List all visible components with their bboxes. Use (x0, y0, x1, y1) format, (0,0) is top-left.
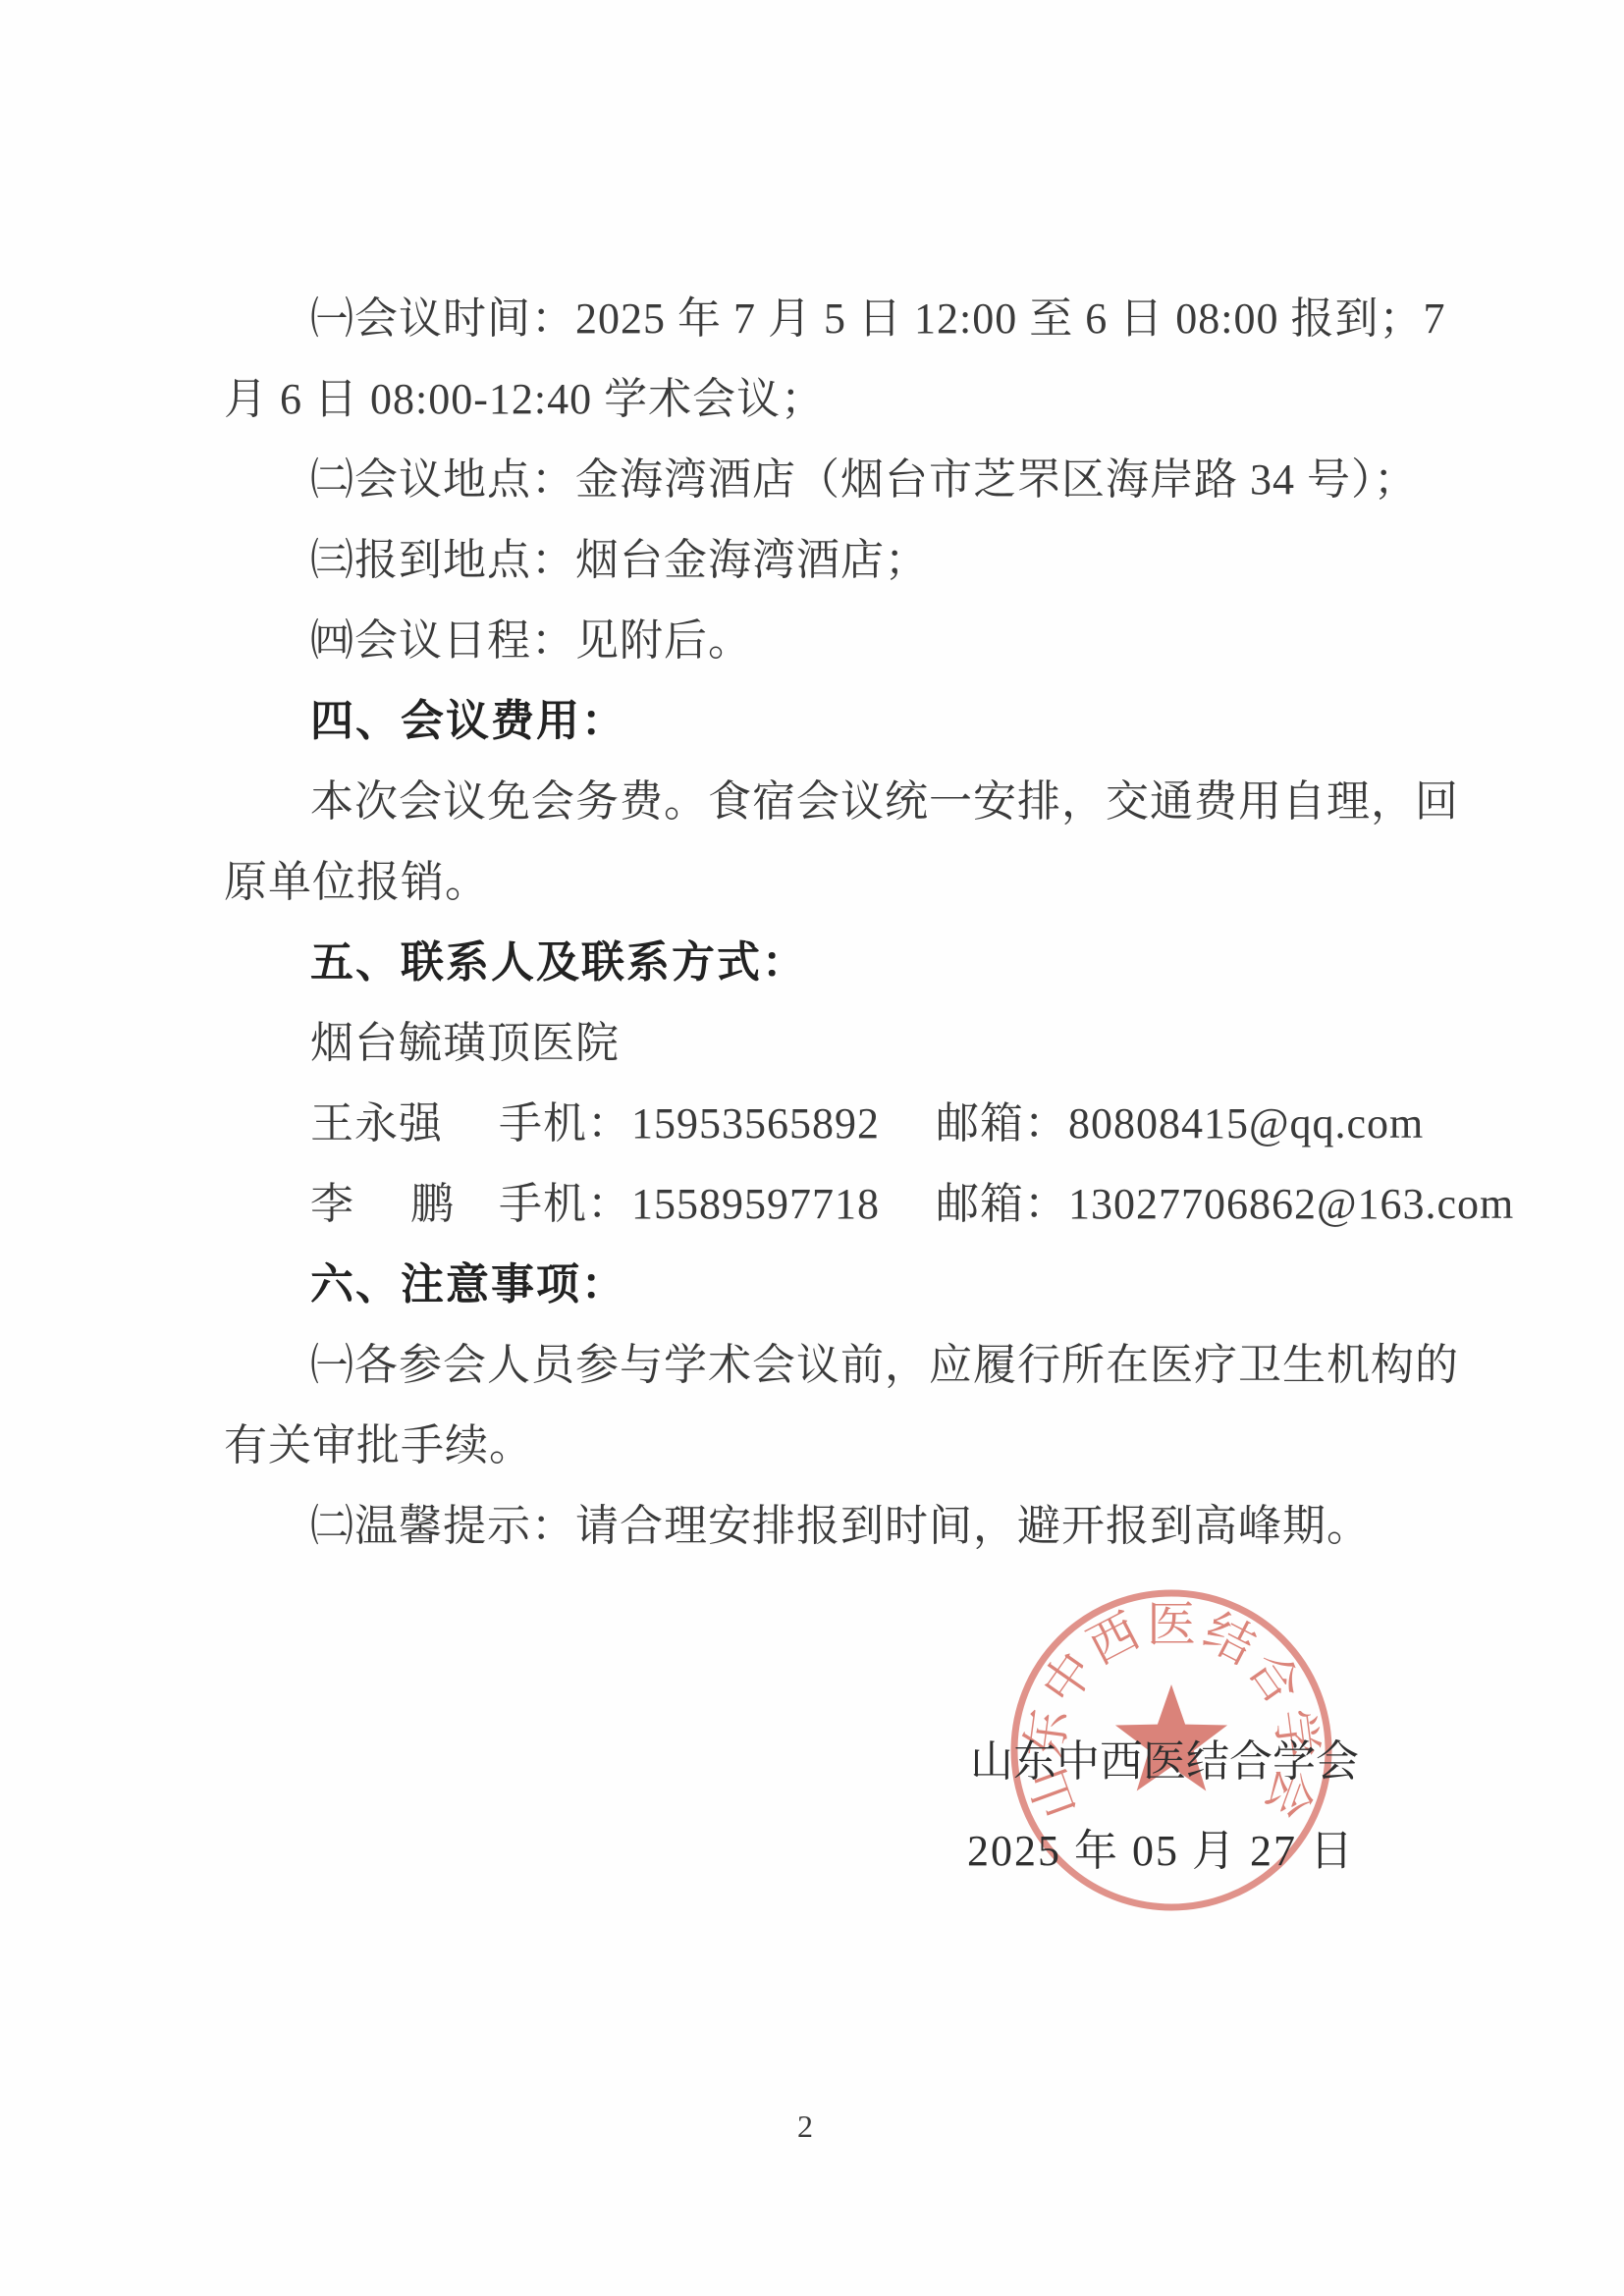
section-heading-notes: 六、注意事项： (224, 1245, 1461, 1325)
body-line-fees-2: 原单位报销。 (224, 842, 1461, 923)
body-line-contact-2: 李 鹏 手机：15589597718 邮箱：13027706862@163.co… (224, 1164, 1461, 1245)
body-line-hospital: 烟台毓璜顶医院 (224, 1003, 1461, 1084)
body-line-meeting-place: ㈡会议地点：金海湾酒店（烟台市芝罘区海岸路 34 号）； (224, 440, 1461, 520)
body-line-contact-1: 王永强 手机：15953565892 邮箱：80808415@qq.com (224, 1084, 1461, 1164)
document-page: ㈠会议时间：2025 年 7 月 5 日 12:00 至 6 日 08:00 报… (0, 0, 1624, 2296)
body-line-meeting-time-2: 月 6 日 08:00-12:40 学术会议； (224, 359, 1461, 440)
signature-date: 2025 年 05 月 27 日 (967, 1826, 1355, 1877)
section-heading-fees: 四、会议费用： (224, 681, 1461, 762)
body-line-checkin-place: ㈢报到地点：烟台金海湾酒店； (224, 520, 1461, 601)
body-line-meeting-time-1: ㈠会议时间：2025 年 7 月 5 日 12:00 至 6 日 08:00 报… (224, 279, 1461, 359)
signature-org: 山东中西医结合学会 (970, 1737, 1359, 1787)
section-heading-contacts: 五、联系人及联系方式： (224, 923, 1461, 1003)
body-line-agenda: ㈣会议日程：见附后。 (224, 601, 1461, 681)
page-number: 2 (0, 2109, 1610, 2145)
body-line-fees-1: 本次会议免会务费。食宿会议统一安排，交通费用自理，回 (224, 762, 1461, 842)
body-line-note-2: ㈡温馨提示：请合理安排报到时间，避开报到高峰期。 (224, 1486, 1461, 1567)
body-line-note-1b: 有关审批手续。 (224, 1406, 1461, 1486)
document-body: ㈠会议时间：2025 年 7 月 5 日 12:00 至 6 日 08:00 报… (224, 279, 1461, 1567)
seal-arc-char: 医 (1147, 1597, 1196, 1652)
body-line-note-1a: ㈠各参会人员参与学术会议前，应履行所在医疗卫生机构的 (224, 1325, 1461, 1406)
